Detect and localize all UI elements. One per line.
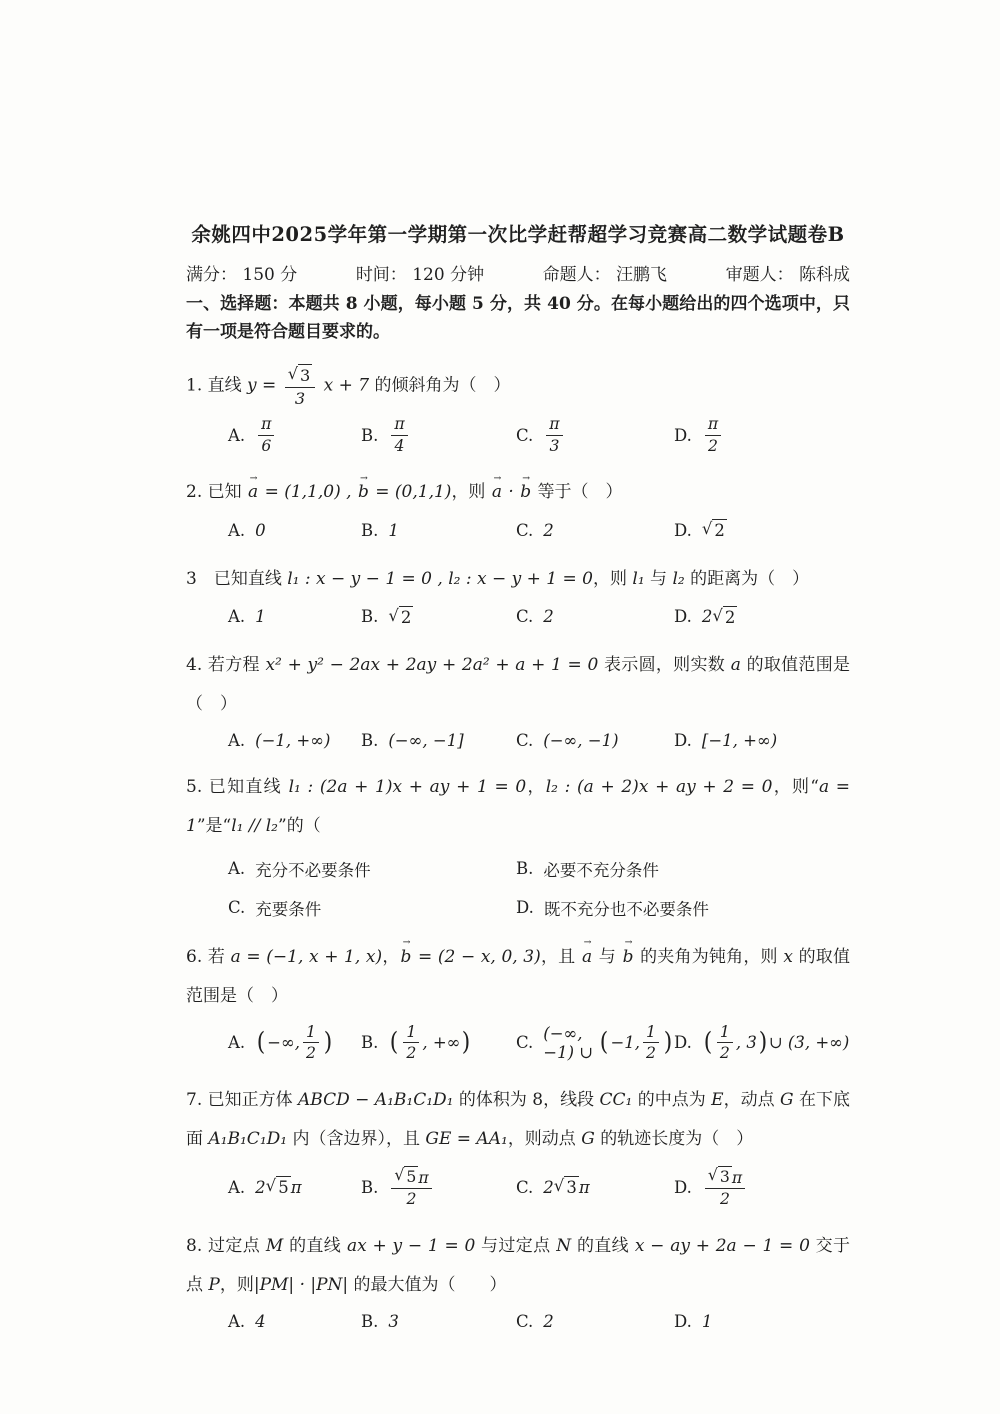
fraction-numerator: 1 xyxy=(403,1023,419,1043)
text-fragment: D. xyxy=(674,607,692,626)
big-paren: ) xyxy=(462,1030,470,1056)
math-fragment: 1 xyxy=(255,607,266,626)
text-fragment: A. xyxy=(228,1033,245,1052)
fraction-denominator: 2 xyxy=(706,436,720,455)
math-fragment: (−1, +∞) xyxy=(255,731,330,750)
question-7-option-d: D.√3π2 xyxy=(674,1166,850,1209)
text-fragment: ，且 xyxy=(541,947,581,967)
question-5-option-d: D.既不充分也不必要条件 xyxy=(516,896,850,920)
text-fragment: 的距离为（ ） xyxy=(685,569,809,589)
radicand: 3 xyxy=(298,364,312,386)
question-3-stem: 3 已知直线 l₁ : x − y − 1 = 0 , l₂ : x − y +… xyxy=(186,560,850,599)
fraction-numerator: π xyxy=(391,415,407,435)
text-fragment: 内（含边界），且 xyxy=(287,1129,425,1149)
math-fragment: = (0,1,1) xyxy=(370,482,452,502)
vector-symbol: b xyxy=(358,473,369,512)
text-fragment: A. xyxy=(228,426,245,445)
fraction-denominator: 3 xyxy=(547,436,561,455)
text-fragment: D. xyxy=(674,426,692,445)
text-fragment: ”的（ xyxy=(278,816,321,836)
sqrt-expression: √3 xyxy=(288,364,313,386)
question-7-option-a: A.2√5π xyxy=(228,1176,361,1198)
fraction-denominator: 2 xyxy=(644,1043,658,1062)
math-fragment: GE = AA₁ xyxy=(425,1129,507,1149)
text-fragment: A. xyxy=(228,859,245,878)
math-fragment: · xyxy=(503,482,519,502)
question-2-option-a: A.0 xyxy=(228,521,361,540)
math-fragment: 3 xyxy=(388,1312,399,1331)
text-fragment: A. xyxy=(228,1312,245,1331)
text-fragment: B. xyxy=(361,731,378,750)
text-fragment: B. xyxy=(361,521,378,540)
question-1-option-a: A.π6 xyxy=(228,415,361,455)
fraction-denominator: 2 xyxy=(718,1043,732,1062)
math-fragment: 2 xyxy=(306,1044,316,1062)
text-fragment: B. xyxy=(361,1178,378,1197)
question-3-option-b: B.√2 xyxy=(361,606,516,628)
sqrt-expression: √2 xyxy=(702,519,727,541)
vector-symbol: a xyxy=(492,473,502,512)
exam-paper: 余姚四中2025学年第一学期第一次比学赶帮超学习竞赛高二数学试题卷B 满分： 1… xyxy=(0,0,1000,1414)
text-fragment: ，则动点 xyxy=(508,1129,581,1149)
question-7-option-b: B.√5π2 xyxy=(361,1166,516,1209)
fraction-numerator: 1 xyxy=(717,1023,733,1043)
math-fragment: a = (−1, x + 1, x) xyxy=(231,947,382,967)
text-fragment: 的中点为 xyxy=(632,1090,711,1110)
text-fragment: 的夹角为钝角，则 xyxy=(634,947,783,967)
math-fragment: x xyxy=(783,947,793,967)
text-fragment: 的直线 xyxy=(283,1236,347,1256)
text-fragment: 与 xyxy=(645,569,673,589)
question-6-option-a: A.(−∞, 12) xyxy=(228,1023,361,1063)
question-4-stem: 4. 若方程 x² + y² − 2ax + 2ay + 2a² + a + 1… xyxy=(186,646,850,724)
question-4: 4. 若方程 x² + y² − 2ax + 2ay + 2a² + a + 1… xyxy=(186,646,850,750)
big-paren: ( xyxy=(257,1030,265,1056)
math-fragment: 3 xyxy=(295,389,305,408)
fraction: π3 xyxy=(546,415,562,455)
text-fragment: 6. 若 xyxy=(186,947,231,967)
text-fragment: ，动点 xyxy=(724,1090,780,1110)
math-fragment: 2 xyxy=(543,607,554,626)
math-fragment: 0 xyxy=(255,521,266,540)
math-fragment: x² + y² − 2ax + 2ay + 2a² + a + 1 = 0 xyxy=(265,655,598,675)
fraction-denominator: 2 xyxy=(304,1043,318,1062)
big-paren: ( xyxy=(390,1030,398,1056)
math-fragment: = (1,1,0) , xyxy=(259,482,357,502)
fraction-numerator: √3 xyxy=(285,364,316,388)
sqrt-expression: √3 xyxy=(554,1176,579,1198)
big-paren: ( xyxy=(704,1030,712,1056)
text-fragment: 与过定点 xyxy=(475,1236,556,1256)
radicand: 5 xyxy=(276,1176,291,1198)
math-fragment: P xyxy=(208,1275,219,1295)
radical-sign: √ xyxy=(712,606,723,628)
info-reviewer: 审题人： 陈科成 xyxy=(726,260,850,285)
math-fragment: π xyxy=(261,415,271,433)
question-2-option-c: C.2 xyxy=(516,521,674,540)
math-fragment: 2 xyxy=(406,1044,416,1062)
question-8-option-c: C.2 xyxy=(516,1312,674,1331)
math-fragment: π xyxy=(394,415,404,433)
question-3-option-a: A.1 xyxy=(228,607,361,626)
math-fragment: a xyxy=(731,655,741,675)
math-fragment: 2 xyxy=(543,1178,554,1197)
big-paren: ) xyxy=(324,1030,332,1056)
math-fragment: 4 xyxy=(395,437,405,455)
question-6: 6. 若 a = (−1, x + 1, x)，b = (2 − x, 0, 3… xyxy=(186,938,850,1063)
text-fragment: 的轨迹长度为（ ） xyxy=(595,1129,753,1149)
math-fragment: 6 xyxy=(261,437,271,455)
text-fragment: 必要不充分条件 xyxy=(543,857,659,881)
big-paren: ( xyxy=(600,1030,608,1056)
question-3-options: A.1 B.√2 C.2 D.2√2 xyxy=(186,606,850,628)
info-time: 时间： 120 分钟 xyxy=(356,260,484,285)
text-fragment: 1. 直线 xyxy=(186,376,247,396)
text-fragment: B. xyxy=(361,1033,378,1052)
math-fragment: 1 xyxy=(702,1312,713,1331)
radicand: 2 xyxy=(712,519,727,541)
text-fragment: 充分不必要条件 xyxy=(255,857,371,881)
question-3-option-c: C.2 xyxy=(516,607,674,626)
question-8-option-a: A.4 xyxy=(228,1312,361,1331)
fraction-denominator: 2 xyxy=(405,1189,419,1208)
math-fragment: l₁ : (2a + 1)x + ay + 1 = 0 xyxy=(289,777,527,797)
text-fragment: D. xyxy=(674,731,692,750)
section-heading: 一、选择题：本题共 8 小题，每小题 5 分，共 40 分。在每小题给出的四个选… xyxy=(186,291,850,346)
question-1-option-d: D.π2 xyxy=(674,415,850,455)
math-fragment: 4 xyxy=(255,1312,266,1331)
text-fragment: B. xyxy=(361,1312,378,1331)
question-6-option-c: C.(−∞, −1) ∪(−1, 12) xyxy=(516,1023,674,1063)
vector-symbol: b xyxy=(623,938,634,977)
text-fragment: ，则 xyxy=(593,569,632,589)
text-fragment: ，则“ xyxy=(773,777,819,797)
fraction: 12 xyxy=(717,1023,733,1063)
question-2-options: A.0 B.1 C.2 D.√2 xyxy=(186,519,850,541)
text-fragment: A. xyxy=(228,731,245,750)
fraction-denominator: 6 xyxy=(259,436,273,455)
text-fragment: C. xyxy=(516,731,533,750)
math-fragment: 2 xyxy=(255,1178,266,1197)
math-fragment: 1 xyxy=(406,1023,416,1041)
math-fragment: 2 xyxy=(543,521,554,540)
math-fragment: 2 xyxy=(708,437,718,455)
question-1-option-b: B.π4 xyxy=(361,415,516,455)
math-fragment: 3 xyxy=(549,437,559,455)
question-3-option-d: D.2√2 xyxy=(674,606,850,628)
radical-sign: √ xyxy=(702,519,713,541)
exam-content: 余姚四中2025学年第一学期第一次比学赶帮超学习竞赛高二数学试题卷B 满分： 1… xyxy=(0,0,1000,1331)
math-fragment: G xyxy=(780,1090,794,1110)
text-fragment: A. xyxy=(228,521,245,540)
text-fragment: C. xyxy=(516,426,533,445)
math-fragment: 1 xyxy=(306,1023,316,1041)
text-fragment: 5. 已知直线 xyxy=(186,777,289,797)
text-fragment: ， xyxy=(382,947,399,967)
fraction: π2 xyxy=(705,415,721,455)
fraction-numerator: √3π xyxy=(705,1166,745,1189)
question-4-option-c: C.(−∞, −1) xyxy=(516,731,674,750)
fraction-numerator: π xyxy=(258,415,274,435)
question-1: 1. 直线 y = √33 x + 7 的倾斜角为（ ） A.π6 B.π4 C… xyxy=(186,364,850,455)
question-6-option-b: B.(12, +∞) xyxy=(361,1023,516,1063)
text-fragment: 2. 已知 xyxy=(186,482,247,502)
vector-symbol: b xyxy=(401,938,412,977)
fraction-denominator: 2 xyxy=(718,1189,732,1208)
math-fragment: π xyxy=(579,1178,590,1197)
fraction-denominator: 4 xyxy=(393,436,407,455)
question-5: 5. 已知直线 l₁ : (2a + 1)x + ay + 1 = 0，l₂ :… xyxy=(186,768,850,919)
question-1-stem: 1. 直线 y = √33 x + 7 的倾斜角为（ ） xyxy=(186,364,850,408)
math-fragment: G xyxy=(581,1129,595,1149)
text-fragment: 表示圆，则实数 xyxy=(598,655,730,675)
question-7: 7. 已知正方体 ABCD − A₁B₁C₁D₁ 的体积为 8，线段 CC₁ 的… xyxy=(186,1081,850,1209)
text-fragment: 的体积为 8，线段 xyxy=(453,1090,599,1110)
math-fragment: 2 xyxy=(543,1312,554,1331)
math-fragment: N xyxy=(556,1236,571,1256)
radicand: 5 xyxy=(404,1166,418,1187)
math-fragment: 1 xyxy=(646,1023,656,1041)
text-fragment: ，则 xyxy=(220,1275,254,1295)
math-fragment: 2 xyxy=(646,1044,656,1062)
math-fragment: l₁ xyxy=(632,569,644,589)
sqrt-expression: √2 xyxy=(388,606,413,628)
math-fragment: x + 7 xyxy=(318,376,369,396)
text-fragment: B. xyxy=(361,426,378,445)
fraction: π4 xyxy=(391,415,407,455)
math-fragment: 2 xyxy=(702,607,713,626)
question-8: 8. 过定点 M 的直线 ax + y − 1 = 0 与过定点 N 的直线 x… xyxy=(186,1227,850,1331)
math-fragment: π xyxy=(418,1169,428,1187)
vector-symbol: b xyxy=(520,473,531,512)
question-8-option-d: D.1 xyxy=(674,1312,850,1331)
text-fragment: D. xyxy=(674,1178,692,1197)
fraction-numerator: 1 xyxy=(643,1023,659,1043)
info-setter: 命题人： 汪鹏飞 xyxy=(543,260,667,285)
math-fragment: l₁ : x − y − 1 = 0 , l₂ : x − y + 1 = 0 xyxy=(287,569,593,589)
text-fragment: 既不充分也不必要条件 xyxy=(544,896,709,920)
text-fragment: 的倾斜角为（ ） xyxy=(369,376,510,396)
text-fragment: D. xyxy=(674,1312,692,1331)
question-5-options: A.充分不必要条件 B.必要不充分条件 C.充要条件 D.既不充分也不必要条件 xyxy=(186,857,850,920)
big-paren: ) xyxy=(664,1030,672,1056)
math-fragment: [−1, +∞) xyxy=(702,731,777,750)
text-fragment: C. xyxy=(516,521,533,540)
question-5-option-b: B.必要不充分条件 xyxy=(516,857,850,881)
vector-symbol: a xyxy=(248,473,258,512)
fraction-numerator: √5π xyxy=(391,1166,431,1189)
text-fragment: C. xyxy=(228,898,245,917)
math-fragment: = (2 − x, 0, 3) xyxy=(412,947,540,967)
sqrt-expression: √5 xyxy=(394,1166,418,1187)
math-fragment: l₁ // l₂ xyxy=(231,816,278,836)
question-6-options: A.(−∞, 12) B.(12, +∞) C.(−∞, −1) ∪(−1, 1… xyxy=(186,1023,850,1063)
math-fragment: 1 xyxy=(388,521,399,540)
text-fragment: D. xyxy=(674,521,692,540)
radical-sign: √ xyxy=(554,1176,565,1198)
math-fragment: π xyxy=(708,415,718,433)
math-fragment: l₂ xyxy=(672,569,684,589)
text-fragment: 7. 已知正方体 xyxy=(186,1090,298,1110)
question-7-options: A.2√5π B.√5π2 C.2√3π D.√3π2 xyxy=(186,1166,850,1209)
math-fragment: , +∞ xyxy=(422,1033,460,1052)
fraction-denominator: 2 xyxy=(404,1043,418,1062)
math-fragment: l₂ : (a + 2)x + ay + 2 = 0 xyxy=(546,777,773,797)
math-fragment: 2 xyxy=(407,1190,417,1208)
question-7-stem: 7. 已知正方体 ABCD − A₁B₁C₁D₁ 的体积为 8，线段 CC₁ 的… xyxy=(186,1081,850,1159)
math-fragment: π xyxy=(732,1169,742,1187)
math-fragment: −∞, xyxy=(267,1033,300,1052)
fraction: 12 xyxy=(403,1023,419,1063)
math-fragment: π xyxy=(549,415,559,433)
text-fragment: B. xyxy=(516,859,533,878)
math-fragment: (−∞, −1) ∪ xyxy=(543,1024,598,1062)
text-fragment: C. xyxy=(516,1312,533,1331)
text-fragment: 等于（ ） xyxy=(532,482,622,502)
question-5-stem: 5. 已知直线 l₁ : (2a + 1)x + ay + 1 = 0，l₂ :… xyxy=(186,768,850,846)
text-fragment: A. xyxy=(228,1178,245,1197)
text-fragment: ，则 xyxy=(451,482,490,502)
math-fragment: −1, xyxy=(610,1033,640,1052)
question-4-option-d: D.[−1, +∞) xyxy=(674,731,850,750)
radicand: 3 xyxy=(718,1166,732,1187)
math-fragment: |PM| · |PN| xyxy=(254,1275,348,1295)
question-8-option-b: B.3 xyxy=(361,1312,516,1331)
question-1-options: A.π6 B.π4 C.π3 D.π2 xyxy=(186,415,850,455)
fraction: √3π2 xyxy=(705,1166,745,1209)
text-fragment: 8. 过定点 xyxy=(186,1236,266,1256)
math-fragment: CC₁ xyxy=(600,1090,633,1110)
text-fragment: 充要条件 xyxy=(255,896,321,920)
math-fragment: x − ay + 2a − 1 = 0 xyxy=(635,1236,810,1256)
radicand: 2 xyxy=(723,606,738,628)
math-fragment: (−∞, −1) xyxy=(543,731,618,750)
question-8-stem: 8. 过定点 M 的直线 ax + y − 1 = 0 与过定点 N 的直线 x… xyxy=(186,1227,850,1305)
math-fragment: ∪ (3, +∞) xyxy=(769,1033,850,1052)
math-fragment: , 3 xyxy=(736,1033,757,1052)
big-paren: ) xyxy=(759,1030,767,1056)
text-fragment: D. xyxy=(516,898,534,917)
text-fragment: 的直线 xyxy=(571,1236,635,1256)
info-full-score: 满分： 150 分 xyxy=(186,260,297,285)
text-fragment: D. xyxy=(674,1033,692,1052)
math-fragment: π xyxy=(291,1178,302,1197)
radical-sign: √ xyxy=(288,364,298,386)
text-fragment: 与 xyxy=(593,947,621,967)
math-fragment: A₁B₁C₁D₁ xyxy=(208,1129,287,1149)
question-4-option-a: A.(−1, +∞) xyxy=(228,731,361,750)
fraction: 12 xyxy=(643,1023,659,1063)
question-8-options: A.4 B.3 C.2 D.1 xyxy=(186,1312,850,1331)
radicand: 3 xyxy=(564,1176,579,1198)
fraction: √33 xyxy=(285,364,316,408)
question-2-option-b: B.1 xyxy=(361,521,516,540)
text-fragment: 的最大值为（ ） xyxy=(348,1275,506,1295)
sqrt-expression: √3 xyxy=(708,1166,732,1187)
math-fragment: M xyxy=(266,1236,283,1256)
fraction-numerator: π xyxy=(705,415,721,435)
math-fragment: 2 xyxy=(720,1044,730,1062)
radicand: 2 xyxy=(399,606,414,628)
fraction-denominator: 3 xyxy=(293,388,307,408)
question-3: 3 已知直线 l₁ : x − y − 1 = 0 , l₂ : x − y +… xyxy=(186,560,850,629)
text-fragment: ， xyxy=(526,777,546,797)
fraction: √5π2 xyxy=(391,1166,431,1209)
text-fragment: B. xyxy=(361,607,378,626)
question-2-stem: 2. 已知 a = (1,1,0) , b = (0,1,1)，则 a · b … xyxy=(186,473,850,512)
text-fragment: C. xyxy=(516,1178,533,1197)
radical-sign: √ xyxy=(394,1166,404,1187)
math-fragment: E xyxy=(711,1090,723,1110)
question-2-option-d: D.√2 xyxy=(674,519,850,541)
sqrt-expression: √5 xyxy=(266,1176,291,1198)
question-6-stem: 6. 若 a = (−1, x + 1, x)，b = (2 − x, 0, 3… xyxy=(186,938,850,1016)
text-fragment: 3 已知直线 xyxy=(186,569,287,589)
question-5-option-c: C.充要条件 xyxy=(228,896,516,920)
question-5-option-a: A.充分不必要条件 xyxy=(228,857,516,881)
exam-info-row: 满分： 150 分 时间： 120 分钟 命题人： 汪鹏飞 审题人： 陈科成 xyxy=(186,260,850,285)
fraction: 12 xyxy=(303,1023,319,1063)
fraction-numerator: 1 xyxy=(303,1023,319,1043)
math-fragment: ax + y − 1 = 0 xyxy=(347,1236,475,1256)
math-fragment: ABCD − A₁B₁C₁D₁ xyxy=(298,1090,453,1110)
exam-title: 余姚四中2025学年第一学期第一次比学赶帮超学习竞赛高二数学试题卷B xyxy=(186,219,850,247)
radical-sign: √ xyxy=(266,1176,277,1198)
text-fragment: 4. 若方程 xyxy=(186,655,265,675)
vector-symbol: a xyxy=(582,938,592,977)
question-7-option-c: C.2√3π xyxy=(516,1176,674,1198)
text-fragment: C. xyxy=(516,1033,533,1052)
math-fragment: y = xyxy=(247,376,282,396)
question-1-option-c: C.π3 xyxy=(516,415,674,455)
question-4-options: A.(−1, +∞) B.(−∞, −1] C.(−∞, −1) D.[−1, … xyxy=(186,731,850,750)
question-6-option-d: D.(12, 3)∪ (3, +∞) xyxy=(674,1023,850,1063)
math-fragment: (−∞, −1] xyxy=(388,731,463,750)
text-fragment: C. xyxy=(516,607,533,626)
question-2: 2. 已知 a = (1,1,0) , b = (0,1,1)，则 a · b … xyxy=(186,473,850,542)
text-fragment: A. xyxy=(228,607,245,626)
math-fragment: 2 xyxy=(720,1190,730,1208)
radical-sign: √ xyxy=(708,1166,718,1187)
text-fragment: ”是“ xyxy=(197,816,231,836)
fraction-numerator: π xyxy=(546,415,562,435)
sqrt-expression: √2 xyxy=(712,606,737,628)
math-fragment: 1 xyxy=(720,1023,730,1041)
radical-sign: √ xyxy=(388,606,399,628)
fraction: π6 xyxy=(258,415,274,455)
question-4-option-b: B.(−∞, −1] xyxy=(361,731,516,750)
